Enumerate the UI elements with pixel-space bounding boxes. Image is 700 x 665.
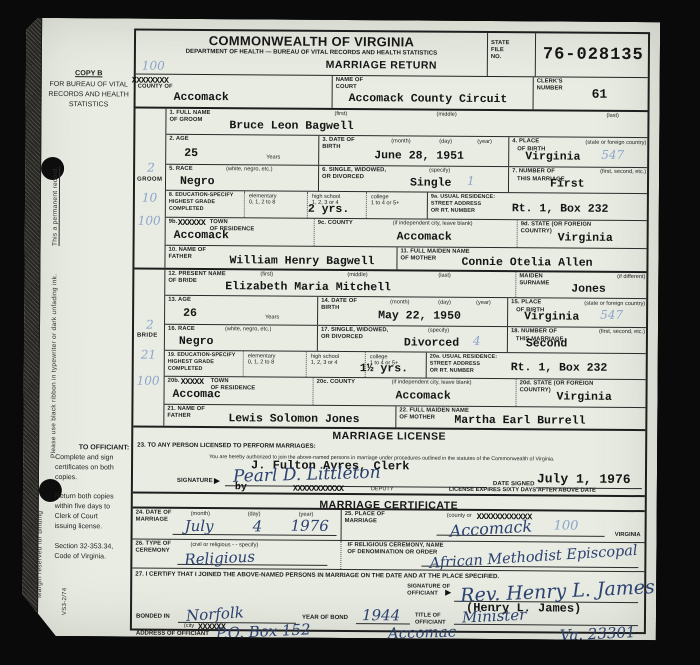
marriage-day-value: 4	[253, 517, 263, 535]
groom-race-cell: 5. RACE (white, negro, etc.) Negro	[166, 165, 318, 191]
groom-marital-cell: 6. SINGLE, WIDOWED, OR DIVORCED (specify…	[318, 166, 508, 192]
groom-edu-elementary-cell: elementary 0, 1, 2 to 8	[244, 191, 307, 217]
groom-age-label: 2. AGE	[169, 136, 188, 143]
hint-last: (last)	[438, 273, 450, 279]
bride-dob-label: 14. DATE OF BIRTH	[321, 298, 357, 313]
to-officiant-note-1: Complete and sign certificates on both c…	[55, 453, 129, 484]
bride-father-cell: 21. NAME OF FATHER Lewis Solomon Jones	[164, 405, 395, 428]
bride-marital-cell: 17. SINGLE, WIDOWED, OR DIVORCED (specif…	[317, 326, 507, 352]
bride-birthplace-value: Virginia	[524, 310, 579, 323]
bride-mother-cell: 22. FULL MAIDEN NAME OF MOTHER Martha Ea…	[395, 406, 646, 429]
hint-day: (day)	[438, 300, 451, 306]
clerk-number-cell: CLERK'S NUMBER 61	[533, 77, 648, 110]
groom-city-value: Accomack	[174, 229, 229, 242]
pencil-annotation: 100	[138, 214, 161, 228]
year-of-bond-value: 1944	[362, 606, 400, 624]
bride-fields: 12. PRESENT NAME OF BRIDE (first) (middl…	[164, 270, 646, 429]
maiden-surname-cell: MAIDEN SURNAME (if different) Jones	[515, 272, 647, 298]
bride-birthplace-label: 15. PLACE	[511, 299, 541, 306]
bride-residence-label: 20a. USUAL RESIDENCE: STREET ADDRESS OR …	[430, 354, 497, 375]
state-value: Va. 23301	[560, 623, 636, 644]
pencil-annotation: 2	[146, 318, 154, 332]
bride-county-cell: 20c. COUNTY (if independent city, leave …	[312, 378, 515, 406]
independent-city-hint: (if independent city, leave blank)	[392, 379, 472, 386]
bride-race-label: 16. RACE	[168, 326, 195, 333]
marriage-return-document: COPY B FOR BUREAU OF VITAL RECORDS AND H…	[22, 18, 660, 640]
hint-first: (first)	[260, 271, 273, 277]
groom-name-cell: 1. FULL NAME OF GROOM (first) (middle) (…	[166, 109, 648, 137]
hint-last: (last)	[606, 113, 618, 119]
county-cell: XXXXXXXX COUNTY OF Accomack	[136, 75, 332, 108]
hint-year: (year)	[476, 300, 491, 306]
pencil-annotation: 547	[601, 148, 624, 162]
maiden-surname-label: MAIDEN SURNAME	[519, 273, 549, 288]
hint-day: (day)	[439, 139, 452, 145]
groom-birthplace-label: 4. PLACE	[512, 138, 539, 145]
groom-race-label: 5. RACE	[169, 166, 193, 173]
groom-birthplace-value: Virginia	[525, 150, 580, 163]
officiant-signature-arrow-icon: ▶	[445, 588, 451, 597]
bride-section-label: BRIDE	[137, 333, 158, 339]
groom-education-label: 8. EDUCATION-SPECIFY HIGHEST GRADE COMPL…	[169, 192, 234, 213]
pencil-annotation: 100	[137, 374, 160, 388]
bride-state-value: Virginia	[556, 391, 611, 404]
groom-name-value: Bruce Leon Bagwell	[229, 119, 353, 133]
ordinal-hint: (first, second, etc.)	[599, 329, 645, 335]
street-value: P.O. Box 152	[216, 620, 311, 642]
hint-middle: (middle)	[347, 272, 367, 278]
groom-state-value: Virginia	[558, 232, 613, 245]
groom-section: 2 GROOM 10 100 1. FULL NAME OF GROOM (fi…	[134, 109, 647, 274]
groom-education-value: 2 yrs.	[308, 203, 350, 216]
bride-section: 2 BRIDE 21 100 12. PRESENT NAME OF BRIDE…	[133, 270, 646, 432]
groom-father-label: 10. NAME OF FATHER	[168, 247, 206, 262]
specify-hint: (specify)	[428, 328, 449, 334]
marriage-license-section: MARRIAGE LICENSE 23. TO ANY PERSON LICEN…	[133, 428, 645, 498]
groom-mother-cell: 11. FULL MAIDEN NAME OF MOTHER Connie Ot…	[396, 247, 647, 271]
header-left: COMMONWEALTH OF VIRGINIA DEPARTMENT OF H…	[136, 31, 488, 76]
signature-label: SIGNATURE	[177, 478, 213, 486]
bride-age-value: 26	[183, 307, 197, 320]
bride-city-cell: 20b. XXXXX TOWN OF RESIDENCE Accomac	[164, 377, 312, 405]
copy-for-note: FOR BUREAU OF VITAL RECORDS AND HEALTH S…	[46, 80, 132, 111]
scanned-document-viewport: COPY B FOR BUREAU OF VITAL RECORDS AND H…	[0, 0, 700, 665]
groom-county-cell: 9c. COUNTY (if independent city, leave b…	[314, 219, 517, 247]
race-hint: (white, negro, etc.)	[226, 166, 272, 172]
marriage-year-value: 1976	[291, 517, 329, 535]
marriage-month-value: July	[185, 517, 214, 535]
bride-marital-label: 17. SINGLE, WIDOWED, OR DIVORCED	[321, 327, 388, 342]
bride-edu-elementary-cell: elementary 0, 1, 2 to 8	[243, 351, 306, 376]
to-officiant-title: TO OFFICIANT:	[55, 443, 129, 454]
maiden-surname-value: Jones	[571, 283, 606, 296]
bride-dob-value: May 22, 1950	[378, 309, 461, 323]
bride-edu-college-cell: college 1 to 4 or 5+ 1½ yrs.	[365, 352, 426, 377]
signature-arrow-icon: ▶	[214, 476, 220, 485]
state-file-number: 76-028135	[543, 45, 644, 65]
bride-mother-value: Martha Earl Burrell	[454, 414, 585, 428]
street-hint: (street or route number)	[240, 639, 299, 645]
groom-father-value: William Henry Bagwell	[229, 254, 374, 268]
groom-birthplace-cell: 4. PLACE (state or foreign country) OF B…	[508, 137, 648, 167]
city-line	[374, 639, 502, 641]
bride-marriage-number-value: Second	[526, 337, 568, 350]
groom-edu-college-cell: college 1 to 4 or 5+	[366, 192, 427, 218]
pencil-annotation: 4	[473, 334, 481, 348]
groom-county-label: 9c. COUNTY	[318, 220, 353, 227]
city-value: Accomac	[388, 623, 457, 643]
date-of-marriage-label: 24. DATE OF MARRIAGE	[136, 510, 172, 525]
city-or-strikeout: XXXXXX	[178, 218, 206, 228]
groom-age-value: 25	[184, 147, 198, 160]
groom-age-cell: 2. AGE 25 Years	[166, 135, 318, 165]
groom-state-cell: 9d. STATE (OR FOREIGN COUNTRY) Virginia	[517, 220, 648, 248]
copy-label: COPY B	[75, 68, 102, 77]
groom-marriage-number-label: 7. NUMBER OF	[512, 168, 555, 176]
hint-middle: (middle)	[436, 112, 456, 118]
groom-marital-label: 6. SINGLE, WIDOWED, OR DIVORCED	[322, 167, 386, 182]
license-expires-note: LICENSE EXPIRES SIXTY DAYS AFTER ABOVE D…	[449, 486, 596, 493]
form-name: MARRIAGE RETURN	[276, 59, 487, 72]
address-of-officiant-label: ADDRESS OF OFFICIANT	[136, 631, 209, 638]
form-header: COMMONWEALTH OF VIRGINIA DEPARTMENT OF H…	[136, 31, 648, 79]
groom-dob-label: 3. DATE OF BIRTH	[322, 137, 355, 152]
bride-father-value: Lewis Solomon Jones	[228, 412, 359, 426]
deputy-label: DEPUTY	[371, 486, 394, 492]
officiant-signature-label: SIGNATURE OF OFFICIANT	[407, 583, 450, 597]
specify-hint: (specify)	[429, 168, 450, 174]
state-file-box: 76-028135	[535, 33, 651, 77]
bride-marriage-number-label: 18. NUMBER OF	[511, 328, 557, 336]
bonded-in-label: BONDED IN	[136, 614, 170, 620]
bride-residence-value: Rt. 1, Box 232	[511, 361, 608, 375]
court-value: Accomack County Circuit	[349, 92, 508, 106]
clerk-number-value: 61	[592, 87, 608, 102]
bride-name-value: Elizabeth Maria Mitchell	[225, 280, 391, 294]
place-of-marriage-value: Accomack	[449, 516, 533, 540]
bride-marriage-number-cell: 18. NUMBER OF (first, second, etc.) THIS…	[507, 327, 647, 353]
type-of-ceremony-cell: 26. TYPE OF CEREMONY (civil or religious…	[132, 540, 340, 569]
certify-statement: 27. I CERTIFY THAT I JOINED THE ABOVE-NA…	[135, 571, 499, 581]
hint-year: (year)	[477, 139, 492, 145]
years-hint: Years	[266, 154, 280, 160]
hint-month: (month)	[391, 138, 410, 144]
bride-race-cell: 16. RACE (white, negro, etc.) Negro	[165, 325, 317, 351]
groom-section-label: GROOM	[137, 177, 162, 183]
birthplace-hint: (state or foreign country)	[585, 140, 646, 146]
type-of-ceremony-label: 26. TYPE OF CEREMONY	[135, 541, 171, 556]
bride-city-number: 20b.	[168, 378, 180, 385]
department-line: DEPARTMENT OF HEALTH — BUREAU OF VITAL R…	[136, 48, 487, 57]
bride-father-label: 21. NAME OF FATHER	[167, 406, 205, 421]
groom-margin-column: 2 GROOM 10 100	[134, 109, 166, 268]
bride-education-label-cell: 19. EDUCATION-SPECIFY HIGHEST GRADE COMP…	[165, 351, 243, 377]
title-of-officiant-value: Minister	[462, 606, 527, 627]
pencil-annotation: 1	[467, 174, 475, 188]
groom-residence-value: Rt. 1, Box 232	[512, 202, 609, 216]
elementary-hint: elementary 0, 1, 2 to 8	[249, 193, 277, 205]
bride-state-cell: 20d. STATE (OR FOREIGN COUNTRY) Virginia	[515, 379, 646, 407]
bride-residence-cell: 20a. USUAL RESIDENCE: STREET ADDRESS OR …	[426, 353, 647, 380]
by-label: by	[235, 482, 247, 493]
city-hint: (city or town)	[406, 640, 438, 646]
court-cell: NAME OF COURT Accomack County Circuit	[332, 76, 533, 109]
groom-race-value: Negro	[180, 175, 215, 188]
form-body: COMMONWEALTH OF VIRGINIA DEPARTMENT OF H…	[130, 29, 650, 635]
county-or-hint: (county or	[447, 513, 472, 519]
type-of-ceremony-value: Religious	[184, 548, 255, 569]
bride-county-label: 20c. COUNTY	[317, 379, 356, 387]
county-court-row: XXXXXXXX COUNTY OF Accomack NAME OF COUR…	[136, 75, 648, 113]
county-label: COUNTY OF	[138, 84, 173, 91]
bride-edu-highschool-cell: high school 1, 2, 3 or 4	[306, 352, 365, 377]
highschool-hint: high school 1, 2, 3 or 4	[311, 354, 339, 366]
bride-age-label: 13. AGE	[168, 297, 191, 304]
elementary-hint: elementary 0, 1, 2 to 8	[248, 353, 276, 365]
independent-city-hint: (if independent city, leave blank)	[393, 220, 473, 227]
bride-age-cell: 13. AGE 26 Years	[165, 296, 317, 325]
bride-name-cell: 12. PRESENT NAME OF BRIDE (first) (middl…	[165, 270, 515, 297]
bride-education-value: 1½ yrs.	[360, 362, 408, 375]
bride-city-value: Accomac	[172, 388, 220, 401]
place-of-marriage-cell: 25. PLACE OF MARRIAGE (county or XXXXXXX…	[341, 510, 645, 542]
bride-race-value: Negro	[179, 335, 214, 348]
clerk-number-label: CLERK'S NUMBER	[537, 78, 563, 93]
groom-city-number: 9b.	[169, 219, 178, 226]
to-officiant-note-2: Return both copies within five days to C…	[55, 492, 129, 533]
pencil-annotation: 2	[147, 161, 155, 175]
court-label: NAME OF COURT	[336, 77, 364, 92]
denomination-cell: IF RELIGIOUS CEREMONY, NAME OF DENOMINAT…	[340, 541, 644, 571]
groom-fields: 1. FULL NAME OF GROOM (first) (middle) (…	[165, 109, 647, 271]
date-of-marriage-cell: 24. DATE OF MARRIAGE (month) (day) (year…	[133, 509, 341, 540]
birthplace-hint: (state or foreign country)	[584, 301, 645, 307]
date-signed-value: July 1, 1976	[537, 471, 631, 487]
groom-marital-value: Single	[410, 176, 452, 189]
groom-father-cell: 10. NAME OF FATHER William Henry Bagwell	[165, 246, 396, 270]
form-code: VS3-2/74	[62, 563, 68, 615]
hint-month: (month)	[390, 299, 409, 305]
groom-residence-cell: 9a. USUAL RESIDENCE: STREET ADDRESS OR R…	[427, 193, 648, 221]
groom-dob-cell: 3. DATE OF BIRTH (month) (day) (year) Ju…	[318, 136, 508, 166]
groom-edu-highschool-cell: high school 1, 2, 3 or 4 2 yrs.	[307, 192, 366, 218]
groom-county-value: Accomack	[397, 230, 452, 243]
bride-dob-cell: 14. DATE OF BIRTH (month) (day) (year) M…	[317, 297, 507, 326]
ordinal-hint: (first, second, etc.)	[600, 169, 646, 175]
state-hint: (state)	[580, 642, 596, 648]
deputy-strikeout: XXXXXXXXXXX	[293, 484, 344, 494]
place-of-marriage-label: 25. PLACE OF MARRIAGE	[345, 511, 385, 526]
college-hint: college 1 to 4 or 5+	[371, 194, 400, 206]
pencil-annotation: 10	[142, 191, 157, 205]
groom-marriage-number-cell: 7. NUMBER OF (first, second, etc.) THIS …	[508, 167, 648, 193]
bride-county-value: Accomack	[395, 389, 450, 402]
if-different-hint: (if different)	[617, 274, 645, 280]
copy-designation: COPY B FOR BUREAU OF VITAL RECORDS AND H…	[46, 62, 132, 111]
bride-education-label: 19. EDUCATION-SPECIFY HIGHEST GRADE COMP…	[168, 352, 236, 373]
hint-first: (first)	[334, 111, 347, 117]
marriage-certificate-section: MARRIAGE CERTIFICATE 24. DATE OF MARRIAG…	[132, 494, 645, 648]
pencil-annotation-header: 100	[142, 59, 165, 73]
permanent-record-note: This a permanent record.	[52, 126, 60, 246]
groom-mother-label: 11. FULL MAIDEN NAME OF MOTHER	[400, 248, 469, 263]
bride-name-label: 12. PRESENT NAME OF BRIDE	[168, 271, 225, 286]
city-or-strikeout: XXXXX	[181, 377, 204, 387]
license-addressee-label: 23. TO ANY PERSON LICENSED TO PERFORM MA…	[137, 442, 316, 450]
bride-margin-column: 2 BRIDE 21 100	[133, 270, 165, 426]
county-value: Accomack	[174, 91, 229, 104]
pencil-annotation: 547	[600, 308, 623, 322]
groom-education-label-cell: 8. EDUCATION-SPECIFY HIGHEST GRADE COMPL…	[166, 191, 244, 218]
pencil-annotation: 100	[554, 518, 579, 533]
groom-dob-value: June 28, 1951	[374, 149, 464, 163]
to-officiant-block: TO OFFICIANT: Complete and sign certific…	[54, 443, 129, 563]
code-reference: Section 32-353.34, Code of Virginia.	[54, 542, 128, 563]
street-line	[210, 638, 370, 640]
bride-birthplace-cell: 15. PLACE (state or foreign country) OF …	[507, 298, 647, 327]
groom-city-cell: 9b. XXXXXX TOWN OF RESIDENCE Accomack	[166, 218, 314, 246]
pencil-annotation: 21	[141, 348, 156, 362]
state-file-label: STATE FILE NO.	[491, 40, 535, 62]
state-line	[546, 640, 642, 642]
virginia-label: VIRGINIA	[615, 532, 641, 538]
groom-residence-label: 9a. USUAL RESIDENCE: STREET ADDRESS OR R…	[431, 194, 495, 215]
bride-marital-value: Divorced	[404, 336, 459, 349]
groom-marriage-number-value: First	[550, 177, 585, 190]
years-hint: Years	[265, 314, 279, 320]
margin-note: Margin reserved for binding	[36, 308, 45, 598]
groom-name-label: 1. FULL NAME OF GROOM	[169, 110, 210, 125]
officiant-address-row: ADDRESS OF OFFICIANT P.O. Box 152 (stree…	[132, 628, 644, 648]
race-hint: (white, negro, etc.)	[225, 326, 271, 332]
groom-mother-value: Connie Otelia Allen	[461, 256, 592, 270]
